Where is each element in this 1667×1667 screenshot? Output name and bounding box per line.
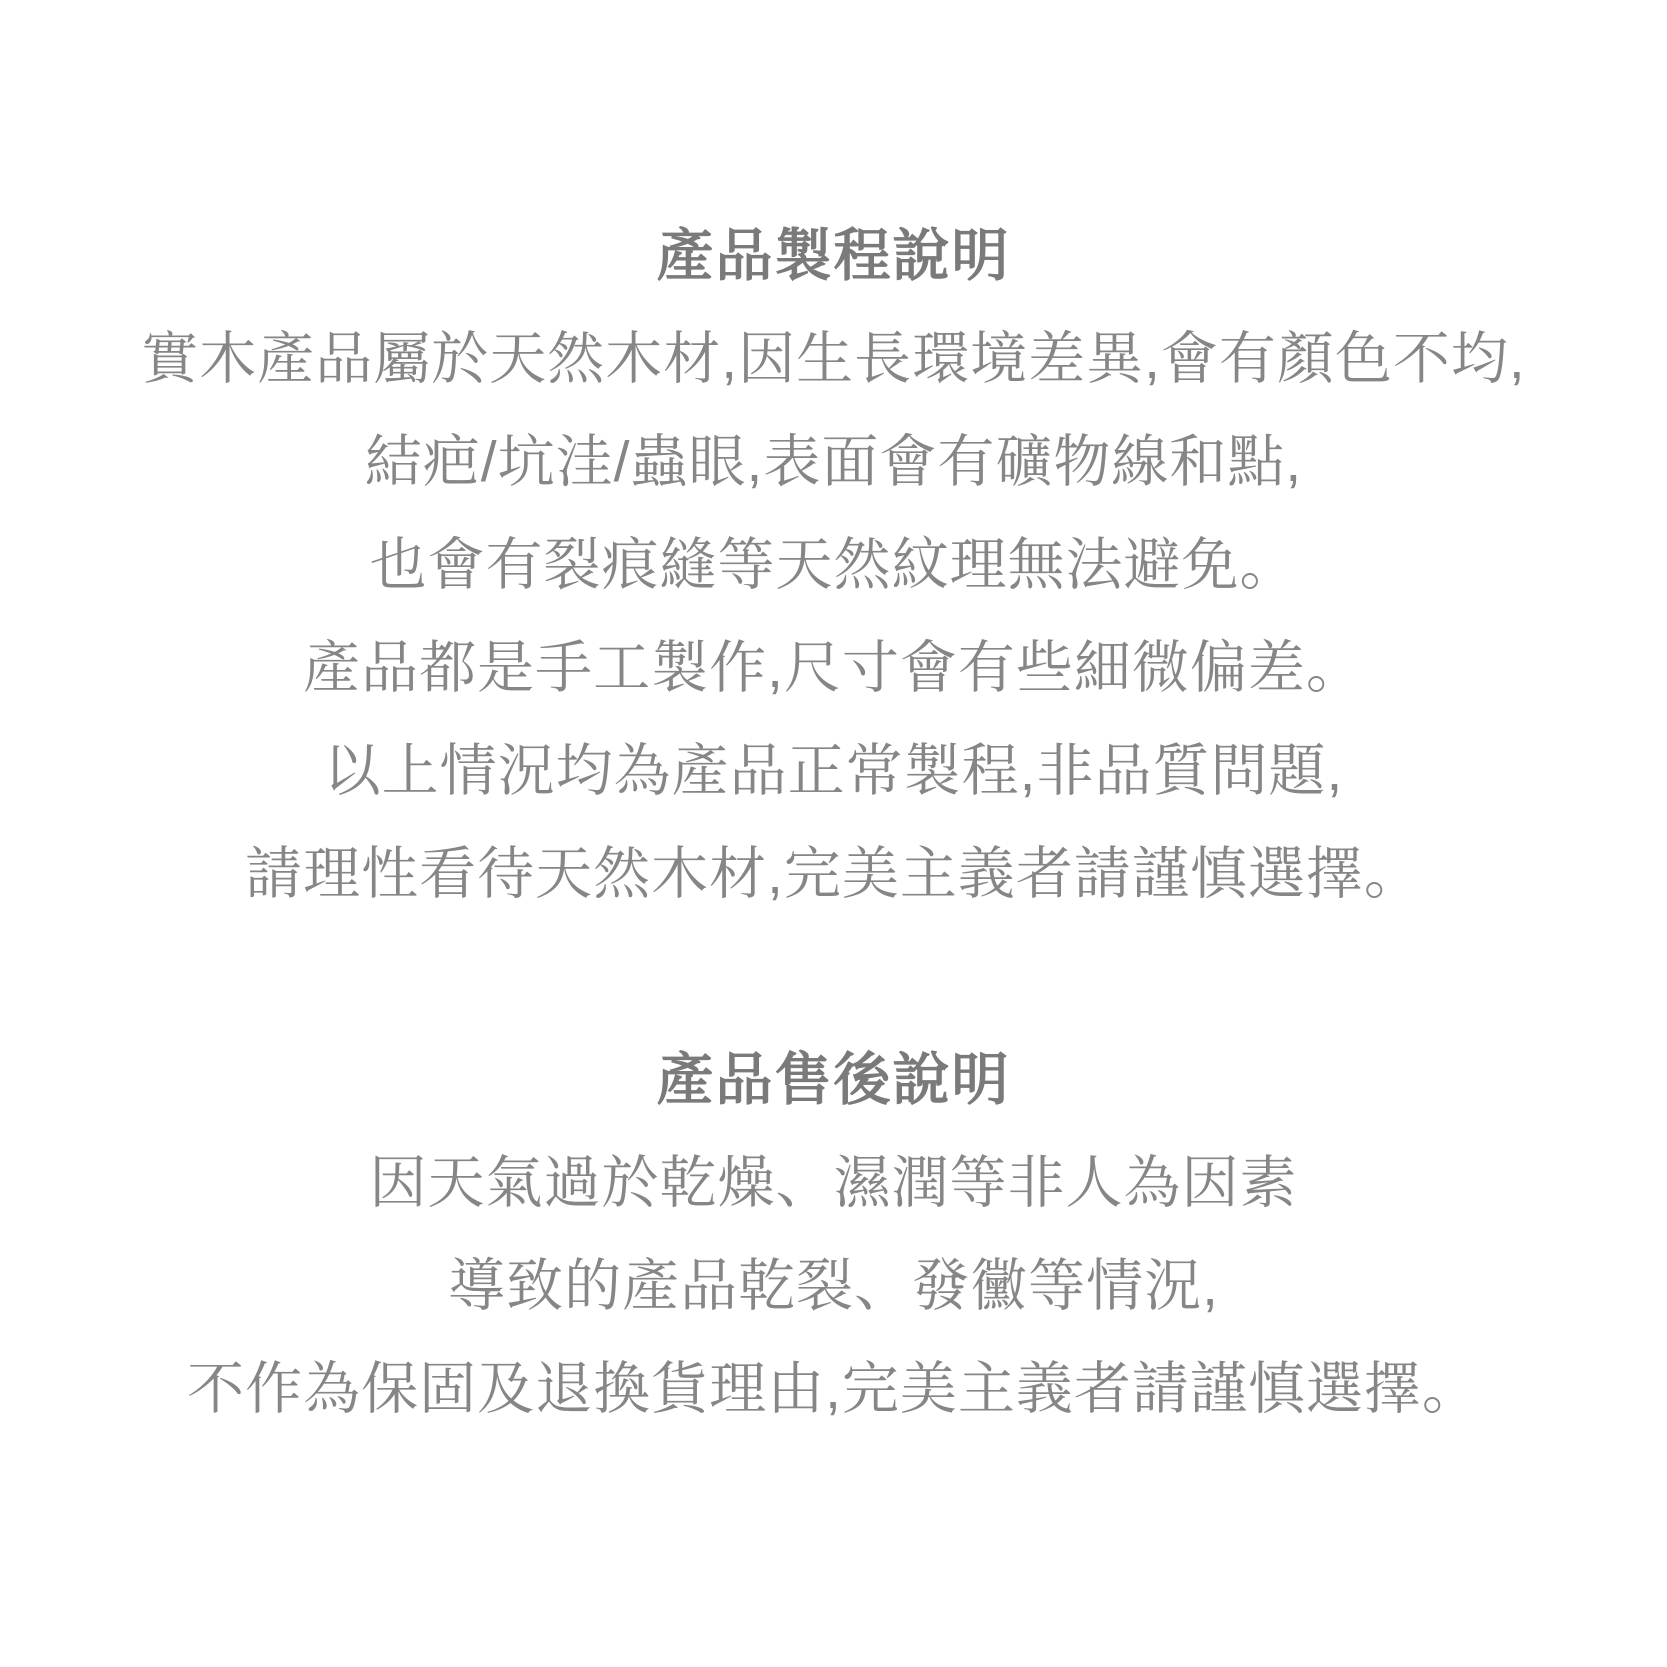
text-line: 請理性看待天然木材,完美主義者請謹慎選擇。 <box>0 823 1667 926</box>
text-line: 以上情況均為產品正常製程,非品質問題, <box>0 720 1667 823</box>
manufacturing-section-title: 產品製程說明 <box>0 205 1667 308</box>
text-line: 不作為保固及退換貨理由,完美主義者請謹慎選擇。 <box>0 1338 1667 1441</box>
notice-content: 產品製程說明 實木產品屬於天然木材,因生長環境差異,會有顏色不均, 結疤/坑洼/… <box>0 0 1667 1441</box>
text-line: 實木產品屬於天然木材,因生長環境差異,會有顏色不均, <box>0 308 1667 411</box>
text-line: 導致的產品乾裂、發黴等情況, <box>0 1235 1667 1338</box>
text-line: 因天氣過於乾燥、濕潤等非人為因素 <box>0 1132 1667 1235</box>
text-line: 產品都是手工製作,尺寸會有些細微偏差。 <box>0 617 1667 720</box>
text-line: 也會有裂痕縫等天然紋理無法避免。 <box>0 514 1667 617</box>
section-aftersales-notes: 產品售後說明 因天氣過於乾燥、濕潤等非人為因素 導致的產品乾裂、發黴等情況, 不… <box>0 1029 1667 1441</box>
text-line: 結疤/坑洼/蟲眼,表面會有礦物線和點, <box>0 411 1667 514</box>
section-manufacturing-notes: 產品製程說明 實木產品屬於天然木材,因生長環境差異,會有顏色不均, 結疤/坑洼/… <box>0 205 1667 926</box>
product-notice-page: 產品製程說明 實木產品屬於天然木材,因生長環境差異,會有顏色不均, 結疤/坑洼/… <box>0 0 1667 1667</box>
aftersales-section-title: 產品售後說明 <box>0 1029 1667 1132</box>
